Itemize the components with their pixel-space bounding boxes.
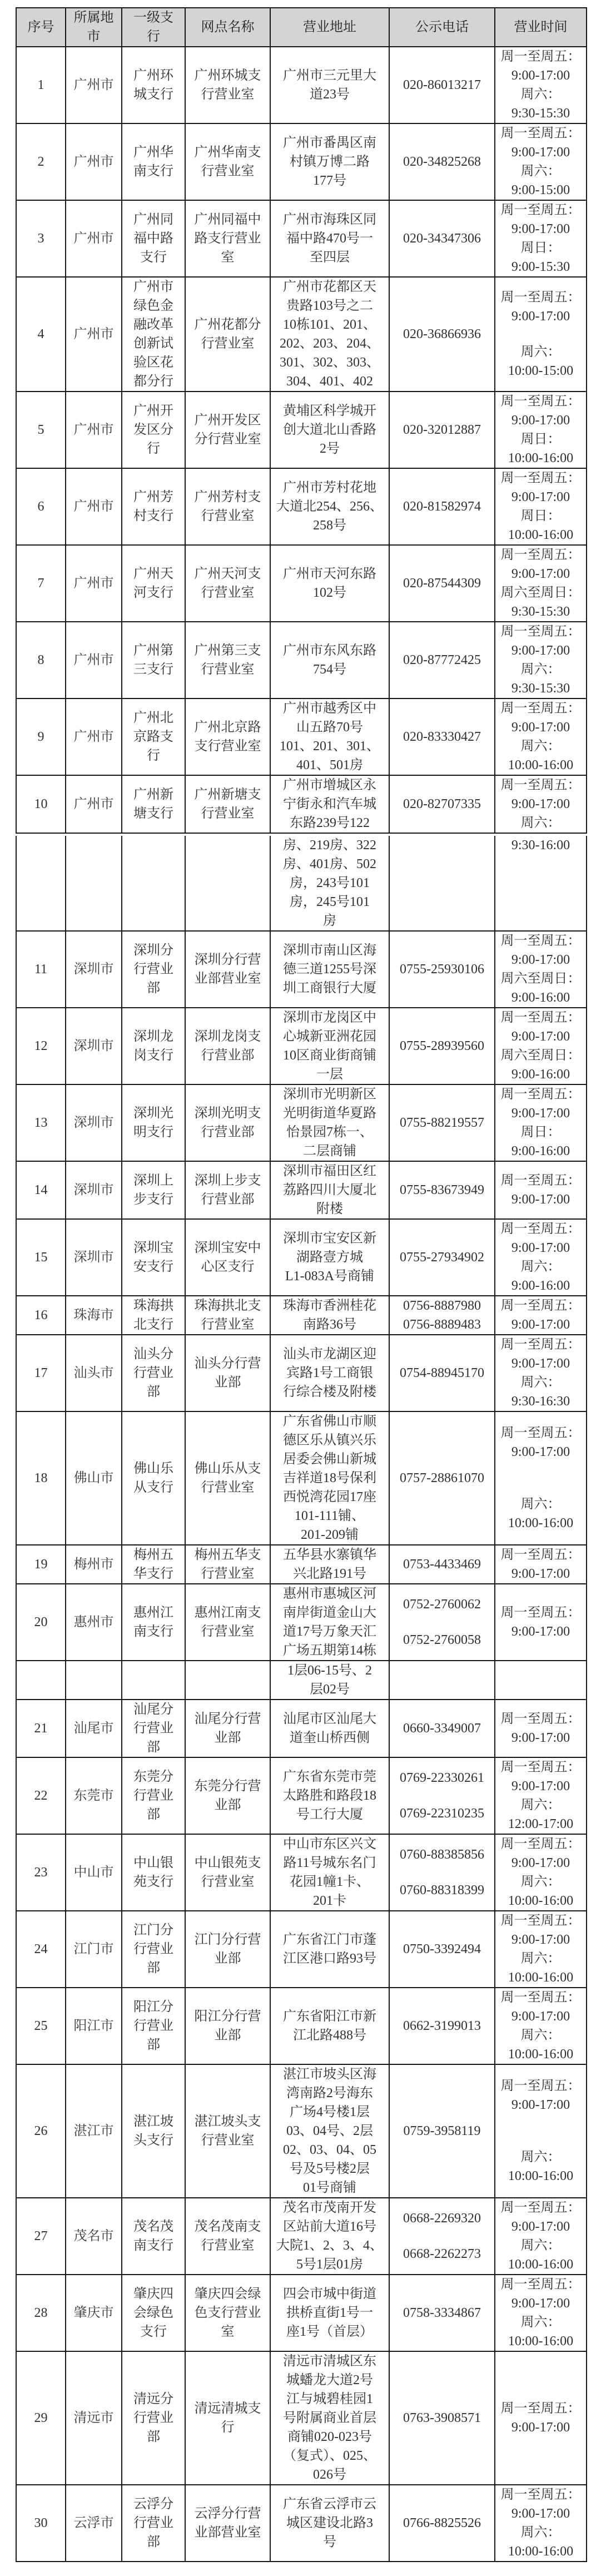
address-line: 广东省阳江市新: [271, 2007, 389, 2026]
phone-line: 0769-22330261: [390, 1768, 494, 1787]
seq-number-line: 22: [17, 1786, 65, 1805]
primary-branch-line: 深圳龙: [122, 1027, 185, 1046]
cell-business-hours: 周一至周五：9:00-17:00周六：10:00-16:00: [495, 2275, 587, 2351]
city-line: 广州市: [66, 574, 121, 593]
header-primary-branch-label-line: 一级支: [122, 8, 185, 27]
business-hours-line: 周一至周五：: [495, 1758, 586, 1777]
cell-business-hours: 周一至周五：9:00-17:00: [495, 2351, 587, 2485]
outlet-name-line: 深圳光明支: [186, 1104, 270, 1123]
outlet-name-line: 广州花都分: [186, 315, 270, 334]
business-hours-line: 9:00-17:00: [495, 1104, 586, 1123]
address-line: 花园1幢1卡、: [271, 1872, 389, 1891]
outlet-name-line: 东莞分行营: [186, 1777, 270, 1796]
outlet-name-line: 行营业室: [186, 1478, 270, 1497]
cell-phone: [389, 1661, 495, 1700]
business-hours-line: 周一至周五：: [495, 1171, 586, 1190]
header-address-label-line: 营业地址: [271, 18, 389, 37]
business-hours-line: 周六至周日：: [495, 583, 586, 602]
business-hours-line: 9:00-15:00: [495, 181, 586, 200]
cell-seq-number: 12: [16, 1008, 66, 1084]
outlet-name-line: 江门分行营: [186, 1930, 270, 1949]
business-hours-line: 周六：: [495, 2148, 586, 2167]
business-hours-line: 周一至周五：: [495, 1988, 586, 2007]
cell-business-hours: 周一至周五：9:00-17:00周六：10:00-16:00: [495, 2198, 587, 2275]
cell-primary-branch: 深圳龙岗支行: [122, 1008, 185, 1084]
header-primary-branch: 一级支行: [122, 8, 185, 47]
address-line: 102号: [271, 583, 389, 602]
primary-branch-line: 行营业: [122, 960, 185, 979]
address-line: 广场五期第14栋: [271, 1641, 389, 1660]
primary-branch-line: 广州环: [122, 66, 185, 85]
cell-primary-branch: 深圳上步支行: [122, 1161, 185, 1219]
address-line: 汕头市龙湖区迎: [271, 1345, 389, 1364]
cell-city: [66, 1661, 122, 1700]
cell-business-hours: 9:30-16:00: [495, 836, 587, 931]
cell-business-hours: 周一至周五：9:00-17:00周日：10:00-16:00: [495, 392, 587, 468]
business-hours-line: 周一至周五：: [495, 932, 586, 950]
primary-branch-line: 部: [122, 1738, 185, 1757]
primary-branch-line: 行营业: [122, 2409, 185, 2428]
cell-address: 广东省佛山市顺德区乐从镇兴乐居委会佛山新城吉祥道18号保利西悦湾花园17座101…: [270, 1411, 389, 1545]
address-line: 茂名市茂南开发: [271, 2198, 389, 2217]
business-hours-line: 9:00-17:00: [495, 2294, 586, 2313]
business-hours-line: 9:00-17:00: [495, 2418, 586, 2437]
cell-primary-branch: 湛江坡头支行: [122, 2064, 185, 2198]
cell-primary-branch: 深圳分行营业部: [122, 931, 185, 1008]
table-row: 28肇庆市肇庆四会绿色支行肇庆四会绿色支行营业室四会市城中街道拱桥直街1号一座1…: [16, 2275, 587, 2351]
business-hours-line: 周一至周五：: [495, 546, 586, 564]
cell-seq-number: 7: [16, 545, 66, 622]
address-line: 广州市花都区天: [271, 278, 389, 296]
primary-branch-line: 城支行: [122, 85, 185, 104]
seq-number-line: 17: [17, 1364, 65, 1383]
cell-address: 汕尾市区汕尾大道奎山桥西侧: [270, 1700, 389, 1757]
table-row: 29清远市清远分行营业部清远清城支行清远市清城区东城蟠龙大道2号江与城碧桂园1号…: [16, 2351, 587, 2485]
business-hours-line: 周一至周五：: [495, 392, 586, 411]
city-line: 广州市: [66, 497, 121, 516]
table-row: 22东莞市东莞分行营业部东莞分行营业部广东省东莞市莞太路胜和路段18号工行大厦0…: [16, 1757, 587, 1834]
cell-city: 深圳市: [66, 1219, 122, 1296]
city-line: 东莞市: [66, 1786, 121, 1805]
cell-seq-number: 14: [16, 1161, 66, 1219]
business-hours-line: 周六：: [495, 2236, 586, 2255]
primary-branch-line: 部: [122, 979, 185, 998]
phone-line: 0755-25930106: [390, 960, 494, 979]
city-line: 深圳市: [66, 1037, 121, 1056]
primary-branch-line: 行: [122, 746, 185, 765]
outlet-name-line: 行营业室: [186, 2236, 270, 2255]
business-hours-line: [495, 2131, 586, 2148]
outlet-name-line: 广州北京路: [186, 718, 270, 737]
business-hours-line: [495, 326, 586, 343]
address-line: 01号商铺: [271, 2178, 389, 2197]
address-line: 创大道北山香路: [271, 420, 389, 439]
primary-branch-line: 广州芳: [122, 488, 185, 507]
business-hours-line: 10:00-16:00: [495, 2167, 586, 2186]
table-row: 21汕尾市汕尾分行营业部汕尾分行营业部汕尾市区汕尾大道奎山桥西侧0660-334…: [16, 1700, 587, 1757]
primary-branch-line: 行营业: [122, 2514, 185, 2533]
cell-city: 广州市: [66, 775, 122, 833]
phone-line: 020-36866936: [390, 325, 494, 344]
business-hours-line: 周六：: [495, 2026, 586, 2045]
cell-phone: 0668-22693200668-2262273: [389, 2198, 495, 2275]
outlet-name-line: 心区支行: [186, 1257, 270, 1276]
cell-primary-branch: 梅州五华支行: [122, 1545, 185, 1584]
business-hours-line: 9:00-16:00: [495, 1276, 586, 1295]
cell-outlet-name: 深圳宝安中心区支行: [185, 1219, 270, 1296]
business-hours-line: 周六：: [495, 1796, 586, 1815]
cell-outlet-name: 汕尾分行营业部: [185, 1700, 270, 1757]
primary-branch-line: 湛江坡: [122, 2112, 185, 2131]
seq-number-line: 3: [17, 229, 65, 248]
cell-business-hours: 周一至周五：9:00-17:00: [495, 1296, 587, 1335]
cell-primary-branch: 江门分行营业部: [122, 1911, 185, 1988]
cell-city: 广州市: [66, 468, 122, 545]
business-hours-line: 9:00-17:00: [495, 220, 586, 239]
phone-line: 0754-88945170: [390, 1364, 494, 1383]
cell-seq-number: 9: [16, 699, 66, 775]
cell-business-hours: 周一至周五：9:00-17:00周六至周日：9:30-15:30: [495, 545, 587, 622]
city-line: 惠州市: [66, 1613, 121, 1632]
address-line: 商铺020-023号: [271, 2428, 389, 2446]
header-seq-number-label-line: 序号: [17, 18, 65, 37]
business-hours-line: 9:00-17:00: [495, 1190, 586, 1209]
header-outlet-name-label-line: 网点名称: [186, 18, 270, 37]
primary-branch-line: 安支行: [122, 1257, 185, 1276]
cell-primary-branch: 广州新塘支行: [122, 775, 185, 833]
cell-seq-number: 18: [16, 1411, 66, 1545]
cell-seq-number: 22: [16, 1757, 66, 1834]
phone-line: 020-82707335: [390, 795, 494, 814]
table-row: 10广州市广州新塘支行广州新塘支行营业室广州市增城区永宁街永和汽车城东路239号…: [16, 775, 587, 833]
address-line: 深圳市宝安区新: [271, 1229, 389, 1248]
cell-outlet-name: 广州第三支行营业室: [185, 622, 270, 699]
outlet-name-line: 汕头分行营: [186, 1354, 270, 1373]
cell-seq-number: 3: [16, 200, 66, 277]
primary-branch-line: 南支行: [122, 162, 185, 181]
business-hours-line: 9:00-17:00: [495, 143, 586, 162]
cell-business-hours: 周一至周五：9:00-17:00周六：9:30-15:30: [495, 622, 587, 699]
address-line: 至四层: [271, 248, 389, 267]
cell-seq-number: 25: [16, 1988, 66, 2064]
cell-seq-number: [16, 836, 66, 931]
cell-business-hours: 周一至周五：9:00-17:00周六：10:00-16:00: [495, 699, 587, 775]
cell-primary-branch: 广州北京路支行: [122, 699, 185, 775]
cell-phone: 0755-83673949: [389, 1161, 495, 1219]
phone-line: 0763-3908571: [390, 2409, 494, 2428]
cell-business-hours: 周一至周五：9:00-17:00周六：9:00-16:00: [495, 1219, 587, 1296]
table-row: 3广州市广州同福中路支行广州同福中路支行营业室广州市海珠区同福中路470号一至四…: [16, 200, 587, 277]
business-hours-line: 9:00-17:00: [495, 488, 586, 507]
city-line: 梅州市: [66, 1555, 121, 1574]
cell-business-hours: 周一至周五：9:00-17:00周六：9:30-16:30: [495, 1335, 587, 1411]
business-hours-line: 周六：: [495, 737, 586, 756]
address-line: 山五路70号: [271, 718, 389, 737]
cell-city: 汕头市: [66, 1335, 122, 1411]
cell-primary-branch: 广州华南支行: [122, 123, 185, 200]
cell-seq-number: 27: [16, 2198, 66, 2275]
phone-line: 0668-2262273: [390, 2245, 494, 2263]
seq-number-line: 1: [17, 76, 65, 95]
primary-branch-line: 行营业: [122, 1786, 185, 1805]
seq-number-line: 29: [17, 2409, 65, 2428]
cell-phone: 020-82707335: [389, 775, 495, 833]
table-row: 19梅州市梅州五华支行梅州五华支行营业室五华县水寨镇华兴北路191号0753-4…: [16, 1545, 587, 1584]
table-row: 6广州市广州芳村支行广州芳村支行营业室广州市芳村花地大道北254、256、258…: [16, 468, 587, 545]
table-row: 17汕头市汕头分行营业部汕头分行营业部汕头市龙湖区迎宾路1号工商银行综合楼及附楼…: [16, 1335, 587, 1411]
business-hours-line: 10:00-16:00: [495, 2255, 586, 2274]
seq-number-line: 9: [17, 727, 65, 746]
cell-outlet-name: 东莞分行营业部: [185, 1757, 270, 1834]
address-line: 深圳市南山区海: [271, 941, 389, 960]
phone-line: 020-87544309: [390, 574, 494, 593]
cell-city: 深圳市: [66, 1008, 122, 1084]
business-hours-line: 9:00-17:00: [495, 411, 586, 430]
address-line: 号及5号楼2层: [271, 2159, 389, 2178]
cell-outlet-name: 茂名茂南支行营业室: [185, 2198, 270, 2275]
address-line: 荔路四川大厦北: [271, 1181, 389, 1200]
outlet-name-line: 广州开发区: [186, 411, 270, 430]
primary-branch-line: 岗支行: [122, 1046, 185, 1065]
business-hours-line: 9:00-17:00: [495, 1930, 586, 1949]
business-hours-line: 周一至周五：: [495, 1710, 586, 1728]
seq-number-line: 30: [17, 2514, 65, 2533]
cell-seq-number: 26: [16, 2064, 66, 2198]
business-hours-line: 9:00-17:00: [495, 718, 586, 737]
cell-primary-branch: 阳江分行营业部: [122, 1988, 185, 2064]
city-line: 中山市: [66, 1863, 121, 1882]
outlet-name-line: 广州环城支: [186, 66, 270, 85]
cell-phone: 020-83330427: [389, 699, 495, 775]
cell-business-hours: 周一至周五：9:00-17:00周六：10:00-16:00: [495, 1988, 587, 2064]
phone-line: 0757-28861070: [390, 1469, 494, 1488]
primary-branch-line: 部: [122, 2533, 185, 2552]
outlet-name-line: 汕尾分行营: [186, 1710, 270, 1728]
outlet-name-line: 行营业室: [186, 85, 270, 104]
header-city-label-line: 市: [66, 27, 121, 46]
branch-table: 序号所属地市一级支行网点名称营业地址公示电话营业时间 1广州市广州环城支行广州环…: [16, 7, 587, 2562]
phone-line: 0755-27934902: [390, 1248, 494, 1267]
outlet-name-line: 行营业室: [186, 660, 270, 679]
city-line: 湛江市: [66, 2122, 121, 2141]
outlet-name-line: 室: [186, 248, 270, 267]
cell-city: 深圳市: [66, 1161, 122, 1219]
table-row: 16珠海市珠海拱北支行珠海拱北支行营业室珠海市香洲桂花南路36号0756-888…: [16, 1296, 587, 1335]
primary-branch-line: 广州华: [122, 143, 185, 162]
business-hours-line: 9:00-17:00: [495, 1239, 586, 1257]
city-line: 清远市: [66, 2409, 121, 2428]
cell-city: 佛山市: [66, 1411, 122, 1545]
cell-outlet-name: 广州芳村支行营业室: [185, 468, 270, 545]
outlet-name-line: 茂名茂南支: [186, 2217, 270, 2236]
primary-branch-line: 头支行: [122, 2131, 185, 2150]
phone-line: 0752-2760062: [390, 1595, 494, 1614]
city-line: 广州市: [66, 727, 121, 746]
address-line: 号附属商业首层: [271, 2409, 389, 2428]
address-line: 2号: [271, 439, 389, 458]
cell-seq-number: 11: [16, 931, 66, 1008]
cell-address: 深圳市福田区红荔路四川大厦北附楼: [270, 1161, 389, 1219]
business-hours-line: 周一至周五：: [495, 1008, 586, 1027]
address-line: 大道北254、256、: [271, 497, 389, 516]
cell-phone: 0769-223302610769-22310235: [389, 1757, 495, 1834]
table-row: 8广州市广州第三支行广州第三支行营业室广州市东风东路754号020-877724…: [16, 622, 587, 699]
primary-branch-line: 汕尾分: [122, 1700, 185, 1719]
primary-branch-line: 阳江分: [122, 1998, 185, 2017]
cell-address: 广州市番禺区南村镇万博二路177号: [270, 123, 389, 200]
cell-phone: 020-36866936: [389, 277, 495, 392]
address-line: 座1号（首层）: [271, 2322, 389, 2341]
city-line: 汕头市: [66, 1364, 121, 1383]
business-hours-line: 周六至周日：: [495, 969, 586, 988]
primary-branch-line: 行营业: [122, 1364, 185, 1383]
cell-primary-branch: 广州开发区分行: [122, 392, 185, 468]
outlet-name-line: 行: [186, 2418, 270, 2437]
business-hours-line: 周一至周五：: [495, 2275, 586, 2294]
cell-phone: 020-34347306: [389, 200, 495, 277]
city-line: 阳江市: [66, 2017, 121, 2035]
primary-branch-line: 清远分: [122, 2390, 185, 2409]
cell-primary-branch: 惠州江南支行: [122, 1584, 185, 1661]
cell-outlet-name: 中山银苑支行营业室: [185, 1834, 270, 1911]
table-row: 15深圳市深圳宝安支行深圳宝安中心区支行深圳市宝安区新湖路壹方城L1-083A号…: [16, 1219, 587, 1296]
phone-line: 0668-2269320: [390, 2209, 494, 2228]
outlet-name-line: 梅州五华支: [186, 1545, 270, 1564]
business-hours-line: 周六至周日：: [495, 1046, 586, 1065]
cell-address: 深圳市宝安区新湖路壹方城L1-083A号商铺: [270, 1219, 389, 1296]
primary-branch-line: 都分行: [122, 372, 185, 391]
address-line: 黄埔区科学城开: [271, 402, 389, 420]
business-hours-line: 周一至周五：: [495, 469, 586, 488]
address-line: 珠海市香洲桂花: [271, 1296, 389, 1315]
address-line: 大院1、2、3、4、: [271, 2236, 389, 2255]
business-hours-line: [495, 1462, 586, 1478]
address-line: 广东省江门市蓬: [271, 1930, 389, 1949]
cell-phone: 0753-4433469: [389, 1545, 495, 1584]
seq-number-line: 12: [17, 1037, 65, 1056]
primary-branch-line: 广州新: [122, 785, 185, 804]
cell-primary-branch: 深圳宝安支行: [122, 1219, 185, 1296]
address-line: 南岸街道金山大: [271, 1603, 389, 1622]
cell-address: 广州市海珠区同福中路470号一至四层: [270, 200, 389, 277]
cell-address: 1层06-15号、2层02号: [270, 1661, 389, 1700]
seq-number-line: 15: [17, 1248, 65, 1267]
primary-branch-line: 验区花: [122, 353, 185, 372]
business-hours-line: 9:00-16:00: [495, 988, 586, 1007]
seq-number-line: 21: [17, 1719, 65, 1738]
outlet-name-line: 行营业室: [186, 804, 270, 823]
cell-outlet-name: 珠海拱北支行营业室: [185, 1296, 270, 1335]
cell-city: 茂名市: [66, 2198, 122, 2275]
primary-branch-line: 部: [122, 1959, 185, 1978]
cell-outlet-name: 广州同福中路支行营业室: [185, 200, 270, 277]
address-line: 光明街道华夏路: [271, 1104, 389, 1123]
cell-seq-number: 1: [16, 47, 66, 123]
address-line: 心城新亚洲花园: [271, 1027, 389, 1046]
city-line: 珠海市: [66, 1306, 121, 1325]
cell-phone: 0756-88879800756-8889483: [389, 1296, 495, 1335]
outlet-name-line: 行营业室: [186, 1315, 270, 1334]
address-line: 汕尾市区汕尾大: [271, 1710, 389, 1728]
business-hours-line: 周一至周五：: [495, 622, 586, 641]
business-hours-line: 9:00-17:00: [495, 66, 586, 85]
primary-branch-line: 佛山乐: [122, 1459, 185, 1478]
outlet-name-line: 珠海拱北支: [186, 1296, 270, 1315]
address-line: 城蟠龙大道2号: [271, 2371, 389, 2390]
address-line: 号: [271, 2533, 389, 2552]
seq-number-line: 10: [17, 795, 65, 814]
business-hours-line: 9:30-15:30: [495, 104, 586, 123]
business-hours-line: 10:00-15:00: [495, 361, 586, 380]
outlet-name-line: 广州同福中: [186, 210, 270, 229]
outlet-name-line: 分行营业室: [186, 430, 270, 449]
address-line: 吉祥道18号保利: [271, 1469, 389, 1488]
cell-phone: 0755-25930106: [389, 931, 495, 1008]
cell-business-hours: 周一至周五：9:00-17:00: [495, 1545, 587, 1584]
outlet-name-line: 色支行营业: [186, 2303, 270, 2322]
table-row: 27茂名市茂名茂南支行茂名茂南支行营业室茂名市茂南开发区站前大道16号大院1、2…: [16, 2198, 587, 2275]
cell-city: 惠州市: [66, 1584, 122, 1661]
business-hours-line: 周一至周五：: [495, 1085, 586, 1104]
primary-branch-line: 行营业: [122, 2017, 185, 2035]
address-line: 深圳市福田区红: [271, 1162, 389, 1181]
business-hours-line: 10:00-16:00: [495, 2542, 586, 2561]
cell-outlet-name: 深圳龙岗支行营业部: [185, 1008, 270, 1084]
address-line: 1层06-15号、2: [271, 1661, 389, 1680]
outlet-name-line: 行营业室: [186, 1872, 270, 1891]
seq-number-line: 4: [17, 325, 65, 344]
business-hours-line: [495, 1478, 586, 1495]
outlet-name-line: 行营业部: [186, 1123, 270, 1142]
address-line: 层02号: [271, 1680, 389, 1699]
address-line: 宁街永和汽车城: [271, 795, 389, 814]
address-line: 居委会佛山新城: [271, 1450, 389, 1469]
cell-seq-number: 29: [16, 2351, 66, 2485]
cell-city: 云浮市: [66, 2485, 122, 2562]
seq-number-line: 28: [17, 2303, 65, 2322]
business-hours-line: 9:00-17:00: [495, 307, 586, 326]
business-hours-line: 周一至周五：: [495, 124, 586, 143]
phone-line: 0755-83673949: [390, 1181, 494, 1200]
cell-outlet-name: 广州华南支行营业室: [185, 123, 270, 200]
address-line: 德区乐从镇兴乐: [271, 1431, 389, 1450]
cell-address: 清远市清城区东城蟠龙大道2号江与城碧桂园1号附属商业首层商铺020-023号（复…: [270, 2351, 389, 2485]
cell-primary-branch: 中山银苑支行: [122, 1834, 185, 1911]
phone-line: [390, 1614, 494, 1631]
address-line: 深圳市龙岗区中: [271, 1008, 389, 1027]
cell-phone: 0752-27600620752-2760058: [389, 1584, 495, 1661]
business-hours-line: 9:00-17:00: [495, 1854, 586, 1872]
primary-branch-line: 绿色金: [122, 296, 185, 315]
address-line: 广州市增城区永: [271, 776, 389, 795]
outlet-name-line: 云浮分行营: [186, 2504, 270, 2523]
address-line: 区站前大道16号: [271, 2217, 389, 2236]
phone-line: 0753-4433469: [390, 1555, 494, 1574]
cell-business-hours: 周一至周五：9:00-17:00周六：10:00-15:00: [495, 277, 587, 392]
address-line: 五华县水寨镇华: [271, 1545, 389, 1564]
header-address: 营业地址: [270, 8, 389, 47]
outlet-name-line: 清远清城支: [186, 2399, 270, 2418]
address-line: 101、201、301、: [271, 737, 389, 756]
cell-seq-number: 6: [16, 468, 66, 545]
cell-address: 深圳市南山区海德三道1255号深圳工商银行大厦: [270, 931, 389, 1008]
address-line: 湛江市坡头区海: [271, 2065, 389, 2084]
cell-business-hours: 周一至周五：9:00-17:00周六：10:00-16:00: [495, 1834, 587, 1911]
cell-city: 中山市: [66, 1834, 122, 1911]
cell-business-hours: 周一至周五：9:00-17:00: [495, 1584, 587, 1661]
outlet-name-line: 行营业室: [186, 583, 270, 602]
primary-branch-line: 汕头分: [122, 1345, 185, 1364]
